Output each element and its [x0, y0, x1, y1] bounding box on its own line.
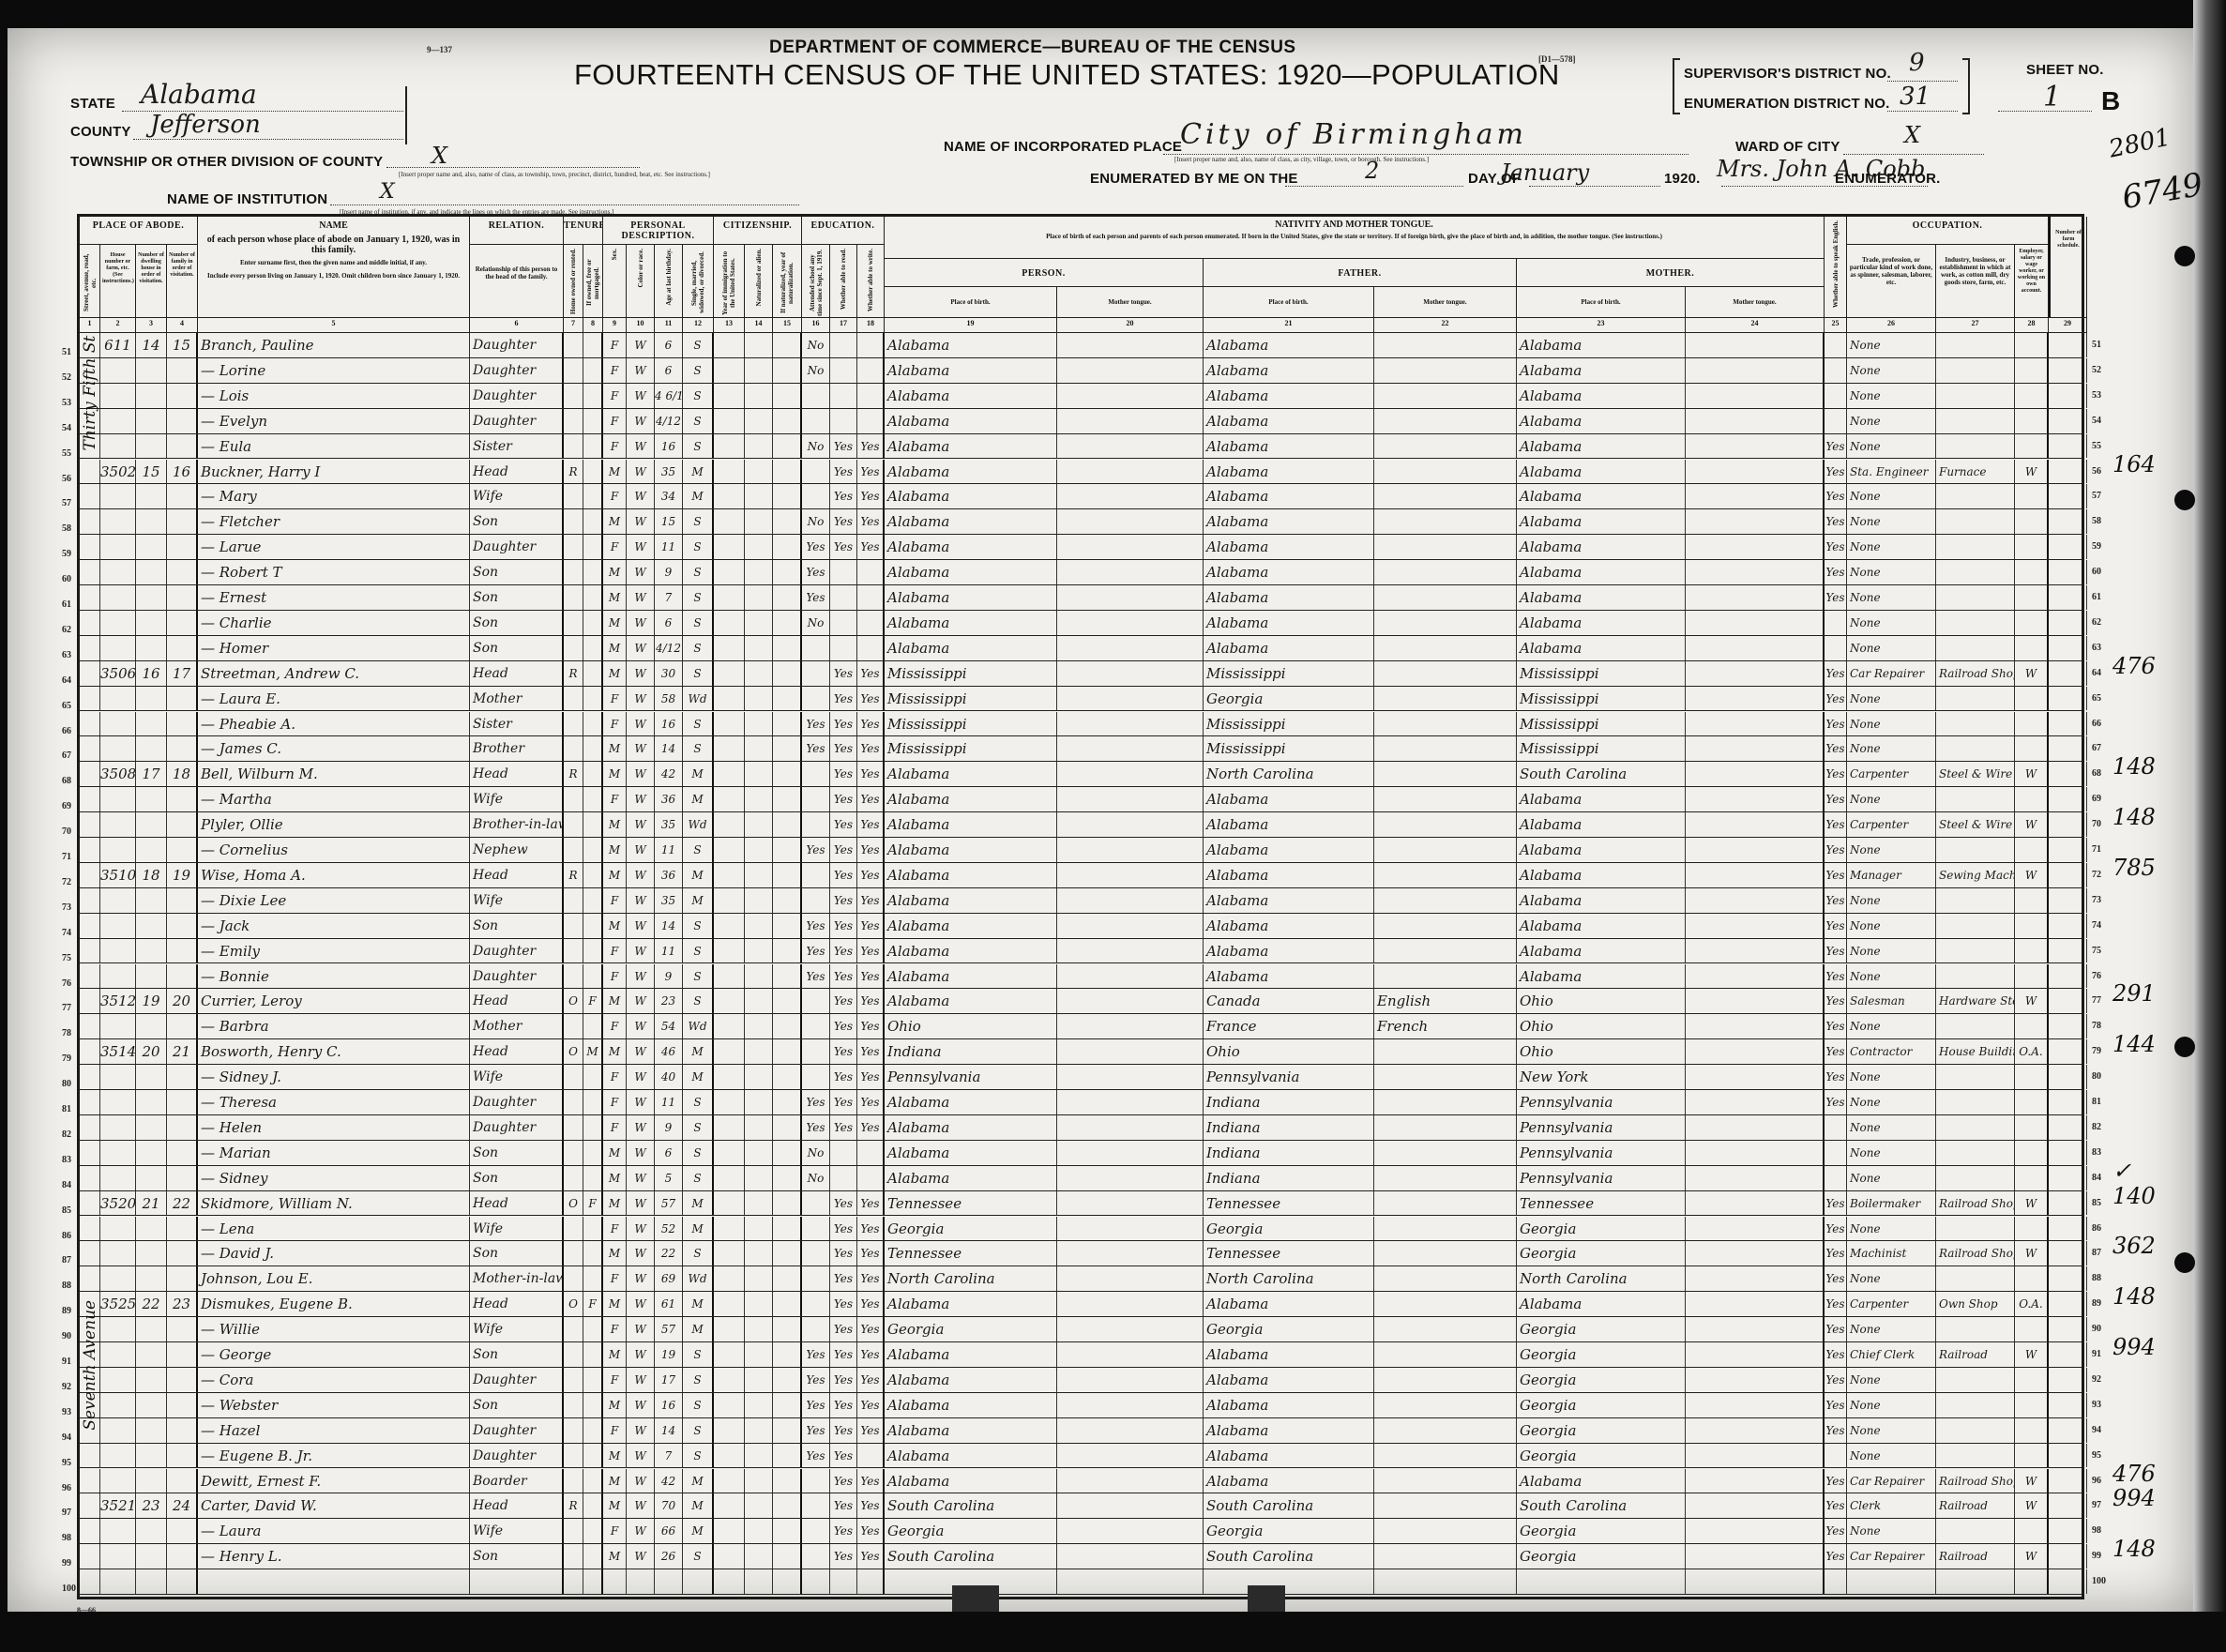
- cell-family: [167, 1393, 198, 1417]
- cell-dwelling: 16: [136, 661, 167, 686]
- cell-tongue: [1057, 333, 1204, 357]
- cell-tongue: [1057, 1090, 1204, 1114]
- margin-annotation: 994: [2112, 1485, 2156, 1511]
- cell-own: R: [564, 1493, 583, 1518]
- line-number-right: 99: [2092, 1551, 2101, 1561]
- cell-race: W: [627, 989, 655, 1013]
- cell-dwelling: [136, 560, 167, 584]
- cell-birth: Georgia: [885, 1217, 1057, 1241]
- cell-street: [80, 914, 100, 938]
- cell-c14: [745, 535, 773, 559]
- cell-sex: F: [603, 1090, 627, 1114]
- institution-field[interactable]: X: [380, 180, 395, 204]
- cell-family: [167, 712, 198, 736]
- cell-school: [802, 787, 830, 811]
- cell-write: Yes: [857, 1368, 885, 1392]
- cell-race: W: [627, 812, 655, 837]
- cell-name: Dewitt, Ernest F.: [198, 1469, 470, 1493]
- cell-dwelling: [136, 611, 167, 635]
- cell-read: Yes: [830, 989, 857, 1013]
- margin-annotation: 476: [2112, 1461, 2156, 1487]
- line-number-right: 69: [2092, 794, 2101, 804]
- header-person: PERSON.: [885, 259, 1204, 287]
- cell-f-birth: South Carolina: [1204, 1493, 1374, 1518]
- table-row: — BarbraMotherFW54WdYesYesOhioFranceFren…: [80, 1014, 2082, 1039]
- cell-m-birth: Alabama: [1517, 535, 1686, 559]
- cell-dwelling: [136, 636, 167, 660]
- cell-birth: Alabama: [885, 611, 1057, 635]
- line-number-right: 56: [2092, 466, 2101, 477]
- line-number-left: 70: [62, 826, 71, 837]
- cell-write: [857, 358, 885, 383]
- cell-employer: [2015, 1166, 2049, 1190]
- line-number-right: 62: [2092, 617, 2101, 628]
- cell-m-tongue: [1686, 1217, 1825, 1241]
- cell-read: Yes: [830, 1266, 857, 1291]
- margin-annotation: 140: [2112, 1183, 2156, 1209]
- cell-f-tongue: [1374, 560, 1517, 584]
- cell-own: [564, 434, 583, 459]
- county-field[interactable]: Jefferson: [150, 111, 261, 139]
- cell-school: [802, 1544, 830, 1569]
- cell-write: Yes: [857, 1266, 885, 1291]
- cell-write: Yes: [857, 812, 885, 837]
- table-row: — TheresaDaughterFW11SYesYesYesAlabamaIn…: [80, 1090, 2082, 1115]
- state-field[interactable]: Alabama: [141, 79, 257, 110]
- margin-annotation: 362: [2112, 1233, 2156, 1259]
- cell-name: — Eula: [198, 434, 470, 459]
- cell-school: [802, 888, 830, 913]
- cell-employer: [2015, 358, 2049, 383]
- cell-m-birth: Mississippi: [1517, 712, 1686, 736]
- cell-trade: Car Repairer: [1847, 661, 1936, 686]
- column-number: 24: [1686, 318, 1825, 333]
- cell-street: [80, 863, 100, 887]
- cell-m-tongue: [1686, 1368, 1825, 1392]
- cell-street: [80, 611, 100, 635]
- cell-own: R: [564, 661, 583, 686]
- line-number-left: 64: [62, 675, 71, 686]
- header-relation-desc: Relationship of this person to the head …: [470, 245, 564, 318]
- cell-trade: None: [1847, 409, 1936, 433]
- cell-english: [1825, 1569, 1847, 1594]
- cell-english: Yes: [1825, 535, 1847, 559]
- cell-m-tongue: [1686, 989, 1825, 1013]
- cell-own: [564, 888, 583, 913]
- margin-annotation: ✓: [2112, 1158, 2131, 1184]
- cell-relation: Brother: [470, 736, 564, 761]
- cell-c13: [714, 636, 745, 660]
- header-c2: House number or farm, etc. (See instruct…: [100, 245, 136, 318]
- cell-birth: Alabama: [885, 1444, 1057, 1468]
- cell-industry: [1936, 1014, 2015, 1038]
- cell-farm: [2049, 736, 2087, 761]
- table-row: — James C.BrotherMW14SYesYesYesMississip…: [80, 736, 2082, 762]
- cell-birth: Alabama: [885, 1393, 1057, 1417]
- street-name: Seventh Avenue: [81, 1189, 99, 1542]
- column-number: 3: [136, 318, 167, 333]
- cell-english: [1825, 611, 1847, 635]
- cell-tongue: [1057, 1493, 1204, 1518]
- margin-annotation: 291: [2112, 980, 2156, 1007]
- cell-c14: [745, 1368, 773, 1392]
- cell-school: No: [802, 1166, 830, 1190]
- line-number-right: 90: [2092, 1324, 2101, 1334]
- cell-birth: Alabama: [885, 1115, 1057, 1140]
- cell-f-birth: South Carolina: [1204, 1544, 1374, 1569]
- cell-sex: M: [603, 736, 627, 761]
- cell-sex: F: [603, 1217, 627, 1241]
- margin-annotation: 148: [2112, 1283, 2156, 1310]
- cell-c14: [745, 787, 773, 811]
- township-label: TOWNSHIP OR OTHER DIVISION OF COUNTY: [70, 154, 383, 170]
- cell-c13: [714, 838, 745, 862]
- line-number-right: 76: [2092, 971, 2101, 981]
- cell-c15: [773, 838, 802, 862]
- cell-tongue: [1057, 636, 1204, 660]
- cell-marital: M: [683, 1519, 714, 1543]
- cell-write: Yes: [857, 1241, 885, 1266]
- line-number-left: 80: [62, 1079, 71, 1089]
- table-row: — Sidney J.WifeFW40MYesYesPennsylvaniaPe…: [80, 1065, 2082, 1090]
- cell-dwelling: 14: [136, 333, 167, 357]
- cell-trade: Car Repairer: [1847, 1544, 1936, 1569]
- cell-marital: S: [683, 736, 714, 761]
- line-number-right: 74: [2092, 920, 2101, 931]
- cell-mort: [583, 964, 603, 989]
- cell-c13: [714, 1544, 745, 1569]
- ward-field[interactable]: X: [1904, 122, 1920, 148]
- cell-age: [655, 1569, 683, 1594]
- cell-c15: [773, 409, 802, 433]
- cell-age: 35: [655, 460, 683, 484]
- cell-m-tongue: [1686, 736, 1825, 761]
- cell-employer: W: [2015, 812, 2049, 837]
- cell-m-birth: New York: [1517, 1065, 1686, 1089]
- cell-relation: Son: [470, 636, 564, 660]
- table-row: — CoraDaughterFW17SYesYesYesAlabamaAlaba…: [80, 1368, 2082, 1393]
- cell-f-birth: Indiana: [1204, 1115, 1374, 1140]
- cell-sex: F: [603, 939, 627, 963]
- cell-age: 9: [655, 1115, 683, 1140]
- cell-birth: Alabama: [885, 1090, 1057, 1114]
- cell-street: [80, 1065, 100, 1089]
- cell-age: 11: [655, 535, 683, 559]
- cell-employer: [2015, 1569, 2049, 1594]
- table-row: 35081718Bell, Wilburn M.HeadRMW42MYesYes…: [80, 762, 2082, 787]
- cell-name: — Laura E.: [198, 687, 470, 711]
- cell-f-tongue: [1374, 1065, 1517, 1089]
- cell-c14: [745, 409, 773, 433]
- cell-house: [100, 1519, 136, 1543]
- line-number-right: 59: [2092, 541, 2101, 552]
- cell-c14: [745, 1469, 773, 1493]
- township-field[interactable]: X: [432, 143, 447, 169]
- cell-mort: [583, 384, 603, 408]
- cell-name: Bosworth, Henry C.: [198, 1039, 470, 1064]
- cell-industry: Railroad Shop: [1936, 1241, 2015, 1266]
- line-number-right: 70: [2092, 819, 2101, 829]
- cell-own: R: [564, 460, 583, 484]
- cell-c14: [745, 560, 773, 584]
- cell-marital: S: [683, 838, 714, 862]
- cell-marital: M: [683, 787, 714, 811]
- line-number-left: 67: [62, 750, 71, 761]
- cell-race: W: [627, 1241, 655, 1266]
- cell-sex: F: [603, 384, 627, 408]
- cell-industry: Steel & Wire Co: [1936, 812, 2015, 837]
- cell-c15: [773, 1141, 802, 1165]
- cell-school: Yes: [802, 1115, 830, 1140]
- cell-sex: M: [603, 1393, 627, 1417]
- cell-race: W: [627, 762, 655, 786]
- cell-c15: [773, 1266, 802, 1291]
- cell-c15: [773, 1014, 802, 1038]
- cell-f-birth: Canada: [1204, 989, 1374, 1013]
- cell-birth: Alabama: [885, 1368, 1057, 1392]
- cell-employer: [2015, 509, 2049, 534]
- cell-marital: M: [683, 1469, 714, 1493]
- cell-trade: None: [1847, 509, 1936, 534]
- cell-street: [80, 1141, 100, 1165]
- cell-age: 4/12: [655, 409, 683, 433]
- cell-tongue: [1057, 762, 1204, 786]
- cell-family: 21: [167, 1039, 198, 1064]
- margin-annotation: 476: [2112, 653, 2156, 679]
- cell-c13: [714, 1166, 745, 1190]
- cell-birth: Alabama: [885, 964, 1057, 989]
- table-row: — MarianSonMW6SNoAlabamaIndianaPennsylva…: [80, 1141, 2082, 1166]
- cell-m-birth: Alabama: [1517, 888, 1686, 913]
- cell-c14: [745, 384, 773, 408]
- line-number-left: 75: [62, 953, 71, 963]
- cell-f-tongue: [1374, 687, 1517, 711]
- cell-farm: [2049, 1317, 2087, 1341]
- cell-farm: [2049, 509, 2087, 534]
- cell-family: [167, 484, 198, 508]
- cell-f-birth: France: [1204, 1014, 1374, 1038]
- cell-own: [564, 1241, 583, 1266]
- cell-f-tongue: [1374, 914, 1517, 938]
- cell-tongue: [1057, 1569, 1204, 1594]
- cell-race: W: [627, 1444, 655, 1468]
- cell-house: [100, 888, 136, 913]
- cell-read: [830, 333, 857, 357]
- sheet-number-field[interactable]: 1: [2043, 81, 2061, 114]
- incorporated-place-field[interactable]: City of Birmingham: [1180, 118, 1527, 151]
- cell-race: W: [627, 1317, 655, 1341]
- cell-relation: Head: [470, 1039, 564, 1064]
- cell-industry: [1936, 888, 2015, 913]
- cell-family: 23: [167, 1292, 198, 1316]
- cell-m-tongue: [1686, 484, 1825, 508]
- cell-f-birth: Georgia: [1204, 1519, 1374, 1543]
- cell-street: [80, 888, 100, 913]
- cell-c14: [745, 611, 773, 635]
- cell-street: [80, 762, 100, 786]
- cell-m-tongue: [1686, 1191, 1825, 1216]
- cell-f-tongue: [1374, 787, 1517, 811]
- cell-employer: [2015, 611, 2049, 635]
- cell-school: [802, 460, 830, 484]
- cell-employer: W: [2015, 661, 2049, 686]
- cell-race: W: [627, 687, 655, 711]
- cell-industry: [1936, 585, 2015, 610]
- enumeration-district-field[interactable]: 31: [1900, 83, 1931, 111]
- cell-age: 11: [655, 1090, 683, 1114]
- cell-mort: [583, 687, 603, 711]
- header-c10: Color or race.: [627, 245, 655, 318]
- column-number: 22: [1374, 318, 1517, 333]
- cell-birth: Alabama: [885, 409, 1057, 433]
- cell-english: Yes: [1825, 1065, 1847, 1089]
- cell-relation: Nephew: [470, 838, 564, 862]
- cell-dwelling: [136, 1166, 167, 1190]
- cell-m-tongue: [1686, 1266, 1825, 1291]
- cell-marital: S: [683, 1342, 714, 1367]
- cell-street: [80, 1090, 100, 1114]
- cell-relation: Wife: [470, 888, 564, 913]
- header-employer: Employer, salary or wage worker, or work…: [2015, 245, 2049, 318]
- line-number-left: 78: [62, 1028, 71, 1038]
- cell-m-tongue: [1686, 812, 1825, 837]
- cell-school: [802, 1469, 830, 1493]
- column-number: 8: [583, 318, 603, 333]
- cell-trade: None: [1847, 358, 1936, 383]
- cell-c15: [773, 1444, 802, 1468]
- cell-dwelling: [136, 1569, 167, 1594]
- cell-house: 3508: [100, 762, 136, 786]
- table-row: — ErnestSonMW7SYesAlabamaAlabamaAlabamaY…: [80, 585, 2082, 611]
- cell-c13: [714, 1191, 745, 1216]
- cell-sex: F: [603, 712, 627, 736]
- cell-english: Yes: [1825, 1342, 1847, 1367]
- table-row: 35021516Buckner, Harry IHeadRMW35MYesYes…: [80, 460, 2082, 485]
- cell-read: Yes: [830, 762, 857, 786]
- cell-m-birth: Alabama: [1517, 358, 1686, 383]
- cell-industry: [1936, 1266, 2015, 1291]
- cell-write: Yes: [857, 863, 885, 887]
- cell-birth: Ohio: [885, 1014, 1057, 1038]
- enumerated-day-field[interactable]: 2: [1365, 158, 1379, 184]
- line-number-left: 82: [62, 1129, 71, 1140]
- cell-industry: [1936, 409, 2015, 433]
- line-number-right: 63: [2092, 643, 2101, 653]
- cell-mort: [583, 460, 603, 484]
- cell-trade: None: [1847, 333, 1936, 357]
- cell-english: [1825, 1166, 1847, 1190]
- cell-trade: None: [1847, 535, 1936, 559]
- cell-c14: [745, 1115, 773, 1140]
- street-name: Thirty Fifth St: [81, 330, 99, 457]
- cell-family: [167, 1217, 198, 1241]
- cell-read: Yes: [830, 1469, 857, 1493]
- cell-mort: [583, 1266, 603, 1291]
- cell-relation: Mother-in-law: [470, 1266, 564, 1291]
- cell-dwelling: [136, 838, 167, 862]
- cell-family: [167, 787, 198, 811]
- cell-marital: M: [683, 1065, 714, 1089]
- cell-race: W: [627, 509, 655, 534]
- cell-m-tongue: [1686, 787, 1825, 811]
- cell-m-birth: [1517, 1569, 1686, 1594]
- cell-race: W: [627, 1065, 655, 1089]
- cell-write: Yes: [857, 712, 885, 736]
- cell-write: Yes: [857, 914, 885, 938]
- cell-c14: [745, 1014, 773, 1038]
- cell-mort: [583, 434, 603, 459]
- cell-c15: [773, 1191, 802, 1216]
- cell-trade: Carpenter: [1847, 812, 1936, 837]
- line-number-right: 100: [2092, 1576, 2106, 1586]
- cell-name: — Fletcher: [198, 509, 470, 534]
- cell-c14: [745, 812, 773, 837]
- header-citizenship: CITIZENSHIP.: [714, 217, 802, 245]
- header-tenure: TENURE.: [564, 217, 603, 245]
- cell-mort: [583, 762, 603, 786]
- line-number-left: 58: [62, 523, 71, 534]
- cell-farm: [2049, 1014, 2087, 1038]
- cell-trade: Clerk: [1847, 1493, 1936, 1518]
- cell-own: [564, 636, 583, 660]
- cell-english: Yes: [1825, 1519, 1847, 1543]
- cell-f-tongue: [1374, 762, 1517, 786]
- cell-family: 18: [167, 762, 198, 786]
- cell-trade: None: [1847, 560, 1936, 584]
- cell-trade: Manager: [1847, 863, 1936, 887]
- cell-trade: Carpenter: [1847, 762, 1936, 786]
- line-number-right: 73: [2092, 895, 2101, 905]
- cell-english: Yes: [1825, 560, 1847, 584]
- cell-employer: [2015, 636, 2049, 660]
- cell-sex: F: [603, 333, 627, 357]
- cell-m-tongue: [1686, 585, 1825, 610]
- cell-employer: [2015, 484, 2049, 508]
- header-place-of-abode: PLACE OF ABODE.: [80, 217, 198, 245]
- line-number-right: 89: [2092, 1298, 2101, 1309]
- cell-own: [564, 914, 583, 938]
- cell-own: [564, 1569, 583, 1594]
- cell-f-birth: Alabama: [1204, 409, 1374, 433]
- cell-age: 57: [655, 1191, 683, 1216]
- cell-m-tongue: [1686, 939, 1825, 963]
- cell-dwelling: [136, 787, 167, 811]
- column-number: 17: [830, 318, 857, 333]
- cell-write: Yes: [857, 1115, 885, 1140]
- enumerated-month-field[interactable]: January: [1501, 159, 1589, 186]
- cell-sex: M: [603, 838, 627, 862]
- cell-own: O: [564, 1039, 583, 1064]
- cell-mort: [583, 863, 603, 887]
- cell-c14: [745, 1342, 773, 1367]
- line-number-right: 71: [2092, 844, 2101, 855]
- cell-family: [167, 888, 198, 913]
- cell-english: [1825, 358, 1847, 383]
- cell-name: — Henry L.: [198, 1544, 470, 1569]
- cell-tongue: [1057, 787, 1204, 811]
- cell-family: [167, 1317, 198, 1341]
- cell-write: Yes: [857, 1217, 885, 1241]
- cell-own: [564, 1266, 583, 1291]
- line-number-left: 84: [62, 1180, 71, 1190]
- cell-f-tongue: [1374, 1368, 1517, 1392]
- line-number-left: 53: [62, 398, 71, 408]
- cell-mort: F: [583, 989, 603, 1013]
- cell-own: [564, 964, 583, 989]
- cell-sex: F: [603, 434, 627, 459]
- supervisor-district-field[interactable]: 9: [1909, 49, 1925, 77]
- cell-school: [802, 1493, 830, 1518]
